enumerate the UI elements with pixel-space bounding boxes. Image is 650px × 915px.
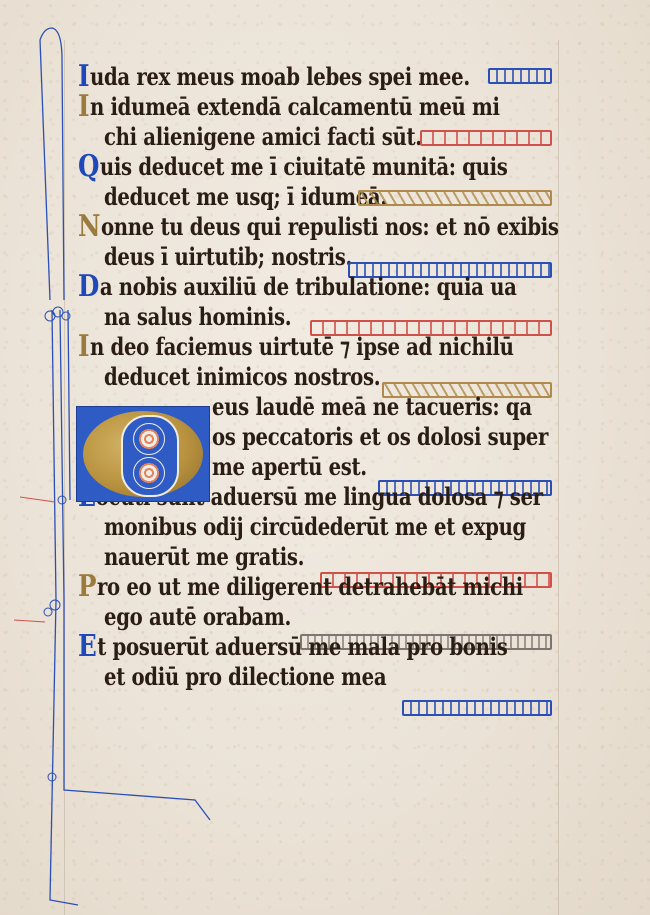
line-text: a nobis auxiliū de tribulatione: quia ua: [100, 274, 517, 300]
line-text: chi alienigene amici facti sūt.: [104, 124, 422, 150]
decorated-initial: E: [78, 634, 96, 660]
manuscript-line: In idumeā extendā calcamentū meū mi: [78, 90, 500, 120]
line-text: ego autē orabam.: [104, 604, 291, 630]
manuscript-line: deducet me usq; ī idumeā.: [104, 180, 387, 210]
line-text: uis deducet me ī ciuitatē munitā: quis: [100, 154, 508, 180]
line-text: na salus hominis.: [104, 304, 291, 330]
manuscript-leaf: Iuda rex meus moab lebes spei mee.In idu…: [0, 0, 650, 915]
decorated-initial: I: [78, 94, 89, 120]
line-text: et odiū pro dilectione mea: [104, 664, 386, 690]
line-text: n idumeā extendā calcamentū meū mi: [90, 94, 500, 120]
manuscript-line: chi alienigene amici facti sūt.: [104, 120, 422, 150]
line-filler-blue: [402, 700, 552, 716]
manuscript-line: deducet inimicos nostros.: [104, 360, 380, 390]
line-text: deducet me usq; ī idumeā.: [104, 184, 387, 210]
manuscript-line: monibus odij circūdederūt me et expug: [104, 510, 526, 540]
manuscript-line: Et posuerūt aduersū me mala pro bonis: [78, 630, 507, 660]
manuscript-line: Quis deducet me ī ciuitatē munitā: quis: [78, 150, 508, 180]
illuminated-initial-d: [76, 406, 210, 502]
line-text: onne tu deus qui repulisti nos: et nō ex…: [101, 214, 559, 240]
manuscript-line: eus laudē meā ne tacueris: qa: [212, 390, 532, 420]
manuscript-line: me apertū est.: [212, 450, 367, 480]
decorated-initial: D: [78, 274, 99, 300]
decorated-initial: P: [78, 574, 96, 600]
line-text: uda rex meus moab lebes spei mee.: [90, 64, 470, 90]
manuscript-line: na salus hominis.: [104, 300, 291, 330]
decorated-initial: I: [78, 334, 89, 360]
manuscript-line: ego autē orabam.: [104, 600, 291, 630]
manuscript-line: Nonne tu deus qui repulisti nos: et nō e…: [78, 210, 559, 240]
line-text: os peccatoris et os dolosi super: [212, 424, 548, 450]
manuscript-line: Da nobis auxiliū de tribulatione: quia u…: [78, 270, 517, 300]
line-filler-red: [420, 130, 552, 146]
manuscript-line: deus ī uirtutib; nostris.: [104, 240, 352, 270]
initial-counter: [121, 415, 179, 497]
rosette-icon: [133, 423, 165, 455]
line-filler-blue: [488, 68, 552, 84]
line-text: ro eo ut me diligerent detrahebāt michi: [97, 574, 523, 600]
manuscript-line: os peccatoris et os dolosi super: [212, 420, 548, 450]
manuscript-line: In deo faciemus uirtutē ⁊ ipse ad nichil…: [78, 330, 514, 360]
manuscript-line: Iuda rex meus moab lebes spei mee.: [78, 60, 470, 90]
line-text: me apertū est.: [212, 454, 367, 480]
decorated-initial: I: [78, 64, 89, 90]
line-text: deus ī uirtutib; nostris.: [104, 244, 352, 270]
line-text: t posuerūt aduersū me mala pro bonis: [97, 634, 507, 660]
line-text: deducet inimicos nostros.: [104, 364, 380, 390]
line-text: monibus odij circūdederūt me et expug: [104, 514, 526, 540]
line-text: n deo faciemus uirtutē ⁊ ipse ad nichilū: [90, 334, 514, 360]
line-text: nauerūt me gratis.: [104, 544, 304, 570]
line-text: eus laudē meā ne tacueris: qa: [212, 394, 532, 420]
rosette-icon: [133, 457, 165, 489]
decorated-initial: N: [78, 214, 100, 240]
manuscript-line: et odiū pro dilectione mea: [104, 660, 386, 690]
manuscript-line: Pro eo ut me diligerent detrahebāt michi: [78, 570, 523, 600]
manuscript-line: nauerūt me gratis.: [104, 540, 304, 570]
decorated-initial: Q: [78, 154, 99, 180]
line-filler-gold: [358, 190, 552, 206]
